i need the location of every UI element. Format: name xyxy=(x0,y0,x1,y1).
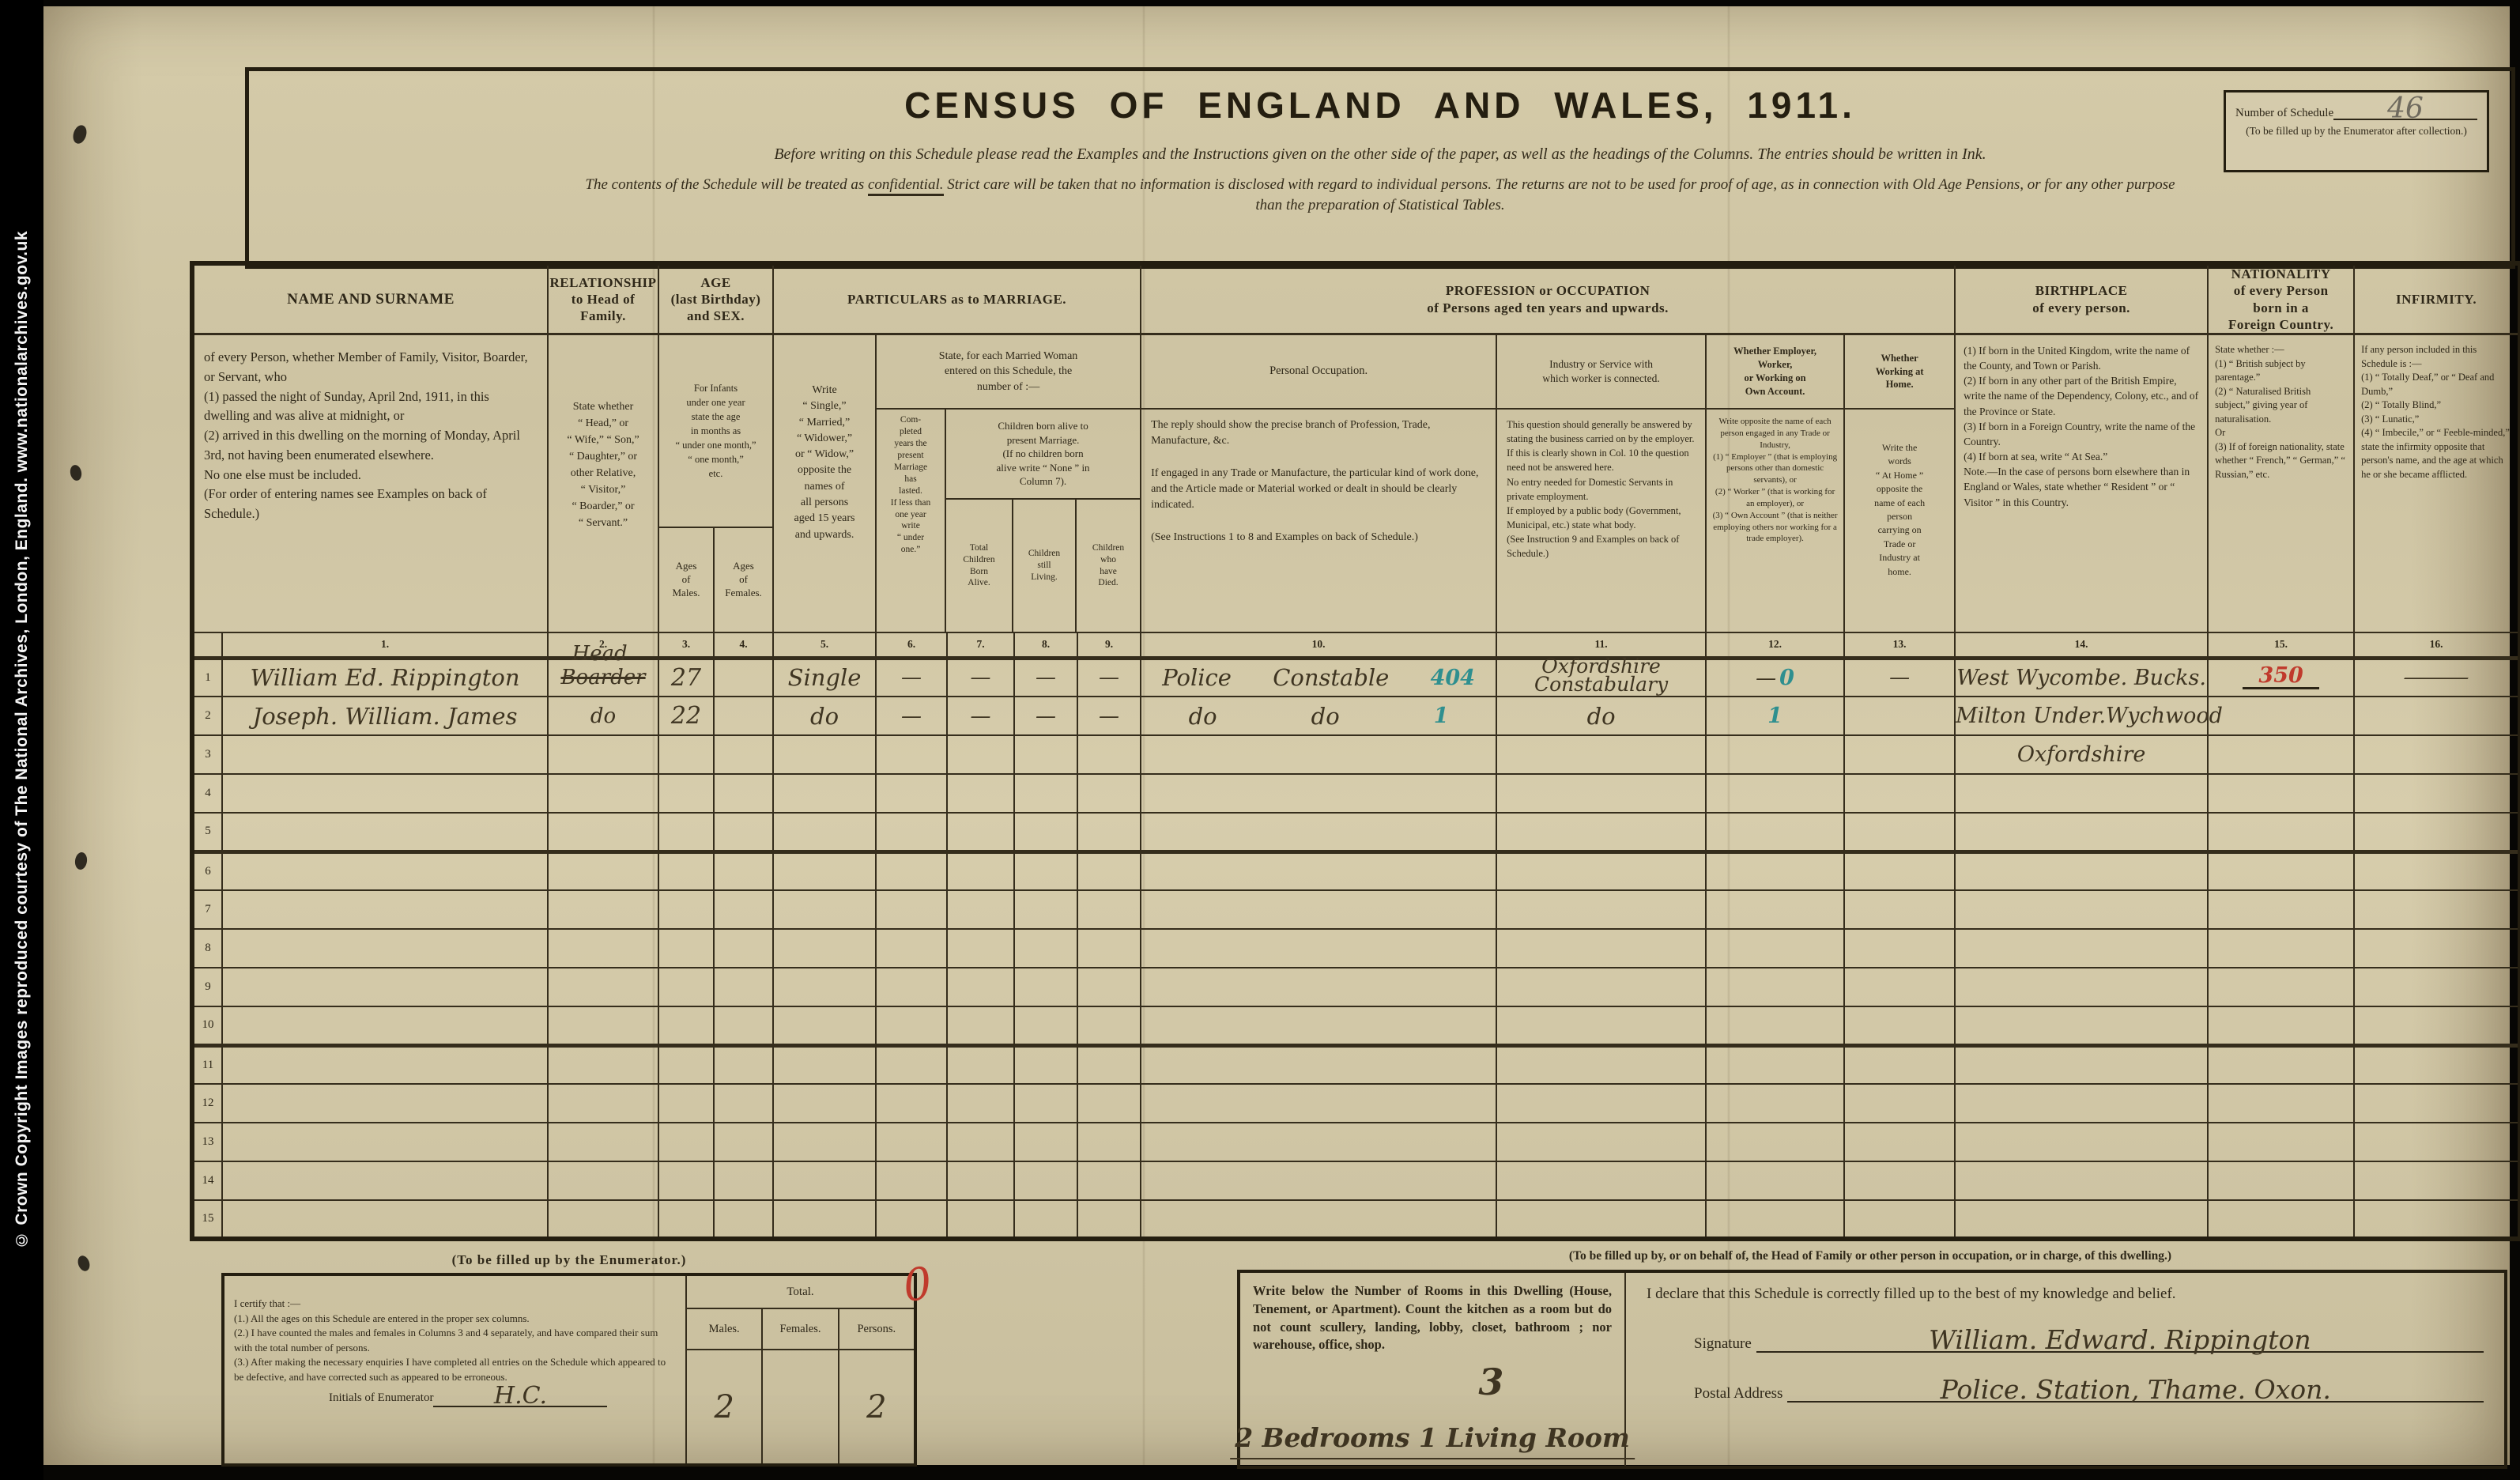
table-row: 14 xyxy=(192,1161,2520,1200)
group-age: AGE (last Birthday) and SEX. xyxy=(658,263,773,334)
ages-males-header: Ages of Males. xyxy=(659,528,715,632)
initials-label: Initials of Enumerator xyxy=(329,1390,433,1406)
pen-dash-mark: — xyxy=(1099,704,1119,728)
signature-underline: William. Edward. Rippington xyxy=(1756,1330,2484,1353)
census-schedule-paper: CENSUS OF ENGLAND AND WALES, 1911. Befor… xyxy=(43,6,2510,1465)
relationship-description: State whether “ Head,” or “ Wife,” “ Son… xyxy=(549,335,658,595)
entry-relationship-ditto: do xyxy=(590,704,616,728)
pen-dash-mark: — xyxy=(1099,666,1119,689)
pen-dash-mark: — xyxy=(1756,666,1776,690)
entry-relationship-struck: Boarder xyxy=(560,666,645,689)
entry-birthplace: Milton Under.Wychwood xyxy=(1956,704,2223,728)
registrar-code-teal: 0 xyxy=(1779,666,1794,690)
entry-marital-ditto: do xyxy=(810,703,839,730)
persons-header: Persons. xyxy=(838,1309,914,1349)
group-name: NAME AND SURNAME xyxy=(192,263,548,334)
initials-value: H.C. xyxy=(494,1382,547,1410)
rooms-instructions: Write below the Number of Rooms in this … xyxy=(1253,1283,1612,1352)
registrar-code-teal: 1 xyxy=(1434,704,1449,728)
table-row: 8 xyxy=(192,929,2520,968)
pen-dash-mark: — xyxy=(1036,704,1056,728)
schedule-number-value: 46 xyxy=(2387,92,2424,125)
children-died-header: Children who have Died. xyxy=(1077,500,1140,632)
females-header: Females. xyxy=(761,1309,837,1349)
householder-box: Write below the Number of Rooms in this … xyxy=(1237,1270,2507,1469)
signature-value: William. Edward. Rippington xyxy=(1929,1324,2311,1355)
group-profession: PROFESSION or OCCUPATION of Persons aged… xyxy=(1141,263,1955,334)
declaration-cell: I declare that this Schedule is correctl… xyxy=(1626,1273,2504,1466)
form-subtitle-2-line2: than the preparation of Statistical Tabl… xyxy=(249,197,2511,214)
personal-occupation-description: The reply should show the precise branch… xyxy=(1141,410,1496,632)
pen-dash-mark: — xyxy=(1889,666,1910,689)
registrar-code-red: 350 xyxy=(2258,663,2303,688)
entry-age: 22 xyxy=(671,702,701,730)
column-descriptions: of every Person, whether Member of Famil… xyxy=(192,334,2520,633)
table-row: 4 xyxy=(192,774,2520,813)
confidential-underlined: confidential. xyxy=(868,176,944,196)
group-marriage: PARTICULARS as to MARRIAGE. xyxy=(773,263,1141,334)
copyright-strip: © Crown Copyright Images reproduced cour… xyxy=(0,0,43,1480)
punch-hole xyxy=(76,1254,92,1273)
census-scan-stage: © Crown Copyright Images reproduced cour… xyxy=(0,0,2520,1480)
entry-occupation: Police xyxy=(1162,660,1232,695)
entry-industry: Oxfordshire Constabulary xyxy=(1534,657,1668,693)
table-row-entry-2: 2 Joseph. William. James do 22 do — — — … xyxy=(192,697,2520,735)
copyright-text: © Crown Copyright Images reproduced cour… xyxy=(13,231,32,1248)
entry-marital: Single xyxy=(788,664,862,691)
table-row-entry-1: 1 William Ed. Rippington BoarderHead 27 … xyxy=(192,658,2520,697)
table-row: 10 xyxy=(192,1006,2520,1045)
completed-years-header: Com- pleted years the present Marriage h… xyxy=(877,410,946,632)
at-home-title: Whether Working at Home. xyxy=(1845,335,1954,410)
signature-label: Signature xyxy=(1694,1335,1756,1353)
enumerator-certify: I certify that :— (1.) All the ages on t… xyxy=(224,1276,687,1463)
children-born-header: Children born alive to present Marriage.… xyxy=(946,410,1140,500)
children-total-header: Total Children Born Alive. xyxy=(946,500,1013,632)
schedule-number-underline: 46 xyxy=(2333,100,2477,120)
form-title: CENSUS OF ENGLAND AND WALES, 1911. xyxy=(249,84,2511,126)
householder-section-header: (To be filled up by, or on behalf of, th… xyxy=(1233,1249,2507,1263)
entry-occupation-ditto: do xyxy=(1189,699,1217,734)
persons-value: 2 xyxy=(866,1389,886,1425)
postal-address-label: Postal Address xyxy=(1694,1385,1787,1403)
schedule-number-box: Number of Schedule 46 (To be filled up b… xyxy=(2224,90,2489,172)
entry-name: Joseph. William. James xyxy=(253,703,518,730)
industry-description: This question should generally be answer… xyxy=(1497,410,1705,632)
punch-hole xyxy=(74,851,89,870)
postal-address-value: Police. Station, Thame. Oxon. xyxy=(1941,1374,2331,1405)
rooms-cell: Write below the Number of Rooms in this … xyxy=(1240,1273,1626,1466)
declaration-text: I declare that this Schedule is correctl… xyxy=(1647,1286,2484,1303)
pen-dash-mark: — xyxy=(901,704,922,728)
form-subtitle-1: Before writing on this Schedule please r… xyxy=(249,145,2511,164)
personal-occupation-title: Personal Occupation. xyxy=(1141,335,1496,410)
group-infirmity: INFIRMITY. xyxy=(2354,263,2520,334)
signature-row: Signature William. Edward. Rippington xyxy=(1647,1330,2484,1353)
ages-females-header: Ages of Females. xyxy=(715,528,772,632)
form-header-box: CENSUS OF ENGLAND AND WALES, 1911. Befor… xyxy=(245,67,2515,269)
registrar-red-zero: 0 xyxy=(900,1258,935,1312)
group-nationality: NATIONALITY of every Person born in a Fo… xyxy=(2208,263,2354,334)
form-subtitle-2: The contents of the Schedule will be tre… xyxy=(249,176,2511,194)
table-row: 13 xyxy=(192,1123,2520,1161)
rooms-count-value: 3 xyxy=(1478,1357,1503,1407)
entry-name: William Ed. Rippington xyxy=(250,664,519,691)
table-row: 11 xyxy=(192,1045,2520,1084)
table-row-entry-3: 3 Oxfordshire xyxy=(192,735,2520,774)
enumerator-box: I certify that :— (1.) All the ages on t… xyxy=(221,1273,917,1467)
table-row: 6 xyxy=(192,851,2520,890)
entry-age: 27 xyxy=(671,664,701,692)
employer-description: Write opposite the name of each person e… xyxy=(1707,410,1843,632)
pen-dash-mark: — xyxy=(2401,666,2471,689)
entry-birthplace-continuation: Oxfordshire xyxy=(2017,742,2146,767)
registrar-code-teal: 404 xyxy=(1431,666,1475,690)
registrar-code-teal: 1 xyxy=(1767,704,1782,728)
children-living-header: Children still Living. xyxy=(1013,500,1077,632)
group-birthplace: BIRTHPLACE of every person. xyxy=(1955,263,2208,334)
enumerator-initials-row: Initials of Enumerator H.C. xyxy=(234,1387,676,1407)
at-home-description: Write the words “ At Home ” opposite the… xyxy=(1845,410,1954,632)
column-group-titles: NAME AND SURNAME RELATIONSHIP to Head of… xyxy=(192,263,2520,334)
postal-address-row: Postal Address Police. Station, Thame. O… xyxy=(1647,1380,2484,1403)
pen-dash-mark: — xyxy=(971,666,991,689)
schedule-number-label: Number of Schedule xyxy=(2235,107,2333,120)
nationality-description: State whether :— (1) “ British subject b… xyxy=(2209,335,2353,489)
rooms-detail-value: 2 Bedrooms 1 Living Room xyxy=(1230,1420,1635,1459)
table-row: 12 xyxy=(192,1084,2520,1123)
industry-title: Industry or Service with which worker is… xyxy=(1497,335,1705,410)
married-woman-header: State, for each Married Woman entered on… xyxy=(877,335,1140,410)
punch-hole xyxy=(71,123,89,145)
enumerator-section-header: (To be filled up by the Enumerator.) xyxy=(221,1252,917,1268)
entry-relationship-correction: Head xyxy=(572,642,627,666)
males-value: 2 xyxy=(714,1389,734,1425)
schedule-number-note: (To be filled up by the Enumerator after… xyxy=(2235,125,2477,138)
entry-birthplace: West Wycombe. Bucks. xyxy=(1956,666,2206,690)
pen-dash-mark: — xyxy=(1036,666,1056,689)
column-number-row: 1.2. 3.4. 5.6. 7.8. 9.10. 11.12. 13.14. … xyxy=(192,632,2520,658)
totals-label: Total. xyxy=(687,1276,914,1309)
employer-title: Whether Employer, Worker, or Working on … xyxy=(1707,335,1843,410)
pen-dash-mark: — xyxy=(901,666,922,689)
entry-industry-ditto: do xyxy=(1587,703,1616,730)
group-relationship: RELATIONSHIP to Head of Family. xyxy=(548,263,658,334)
males-header: Males. xyxy=(687,1309,761,1349)
enumerator-totals: Total. Males. Females. Persons. 2 2 xyxy=(687,1276,914,1463)
table-row: 15 xyxy=(192,1200,2520,1239)
age-infants-note: For Infants under one year state the age… xyxy=(659,335,772,528)
marital-instructions: Write “ Single,” “ Married,” “ Widower,”… xyxy=(774,335,875,591)
pen-dash-mark: — xyxy=(971,704,991,728)
birthplace-description: (1) If born in the United Kingdom, write… xyxy=(1956,335,2207,518)
punch-hole xyxy=(69,464,83,481)
initials-underline: H.C. xyxy=(433,1387,607,1407)
table-row: 5 xyxy=(192,813,2520,851)
pen-underline-mark: 350 xyxy=(2243,666,2318,689)
table-row: 9 xyxy=(192,968,2520,1006)
name-description: of every Person, whether Member of Famil… xyxy=(194,335,547,537)
postal-address-underline: Police. Station, Thame. Oxon. xyxy=(1787,1380,2484,1403)
infirmity-description: If any person included in this Schedule … xyxy=(2355,335,2518,489)
census-table: NAME AND SURNAME RELATIONSHIP to Head of… xyxy=(190,261,2520,1241)
table-row: 7 xyxy=(192,890,2520,929)
